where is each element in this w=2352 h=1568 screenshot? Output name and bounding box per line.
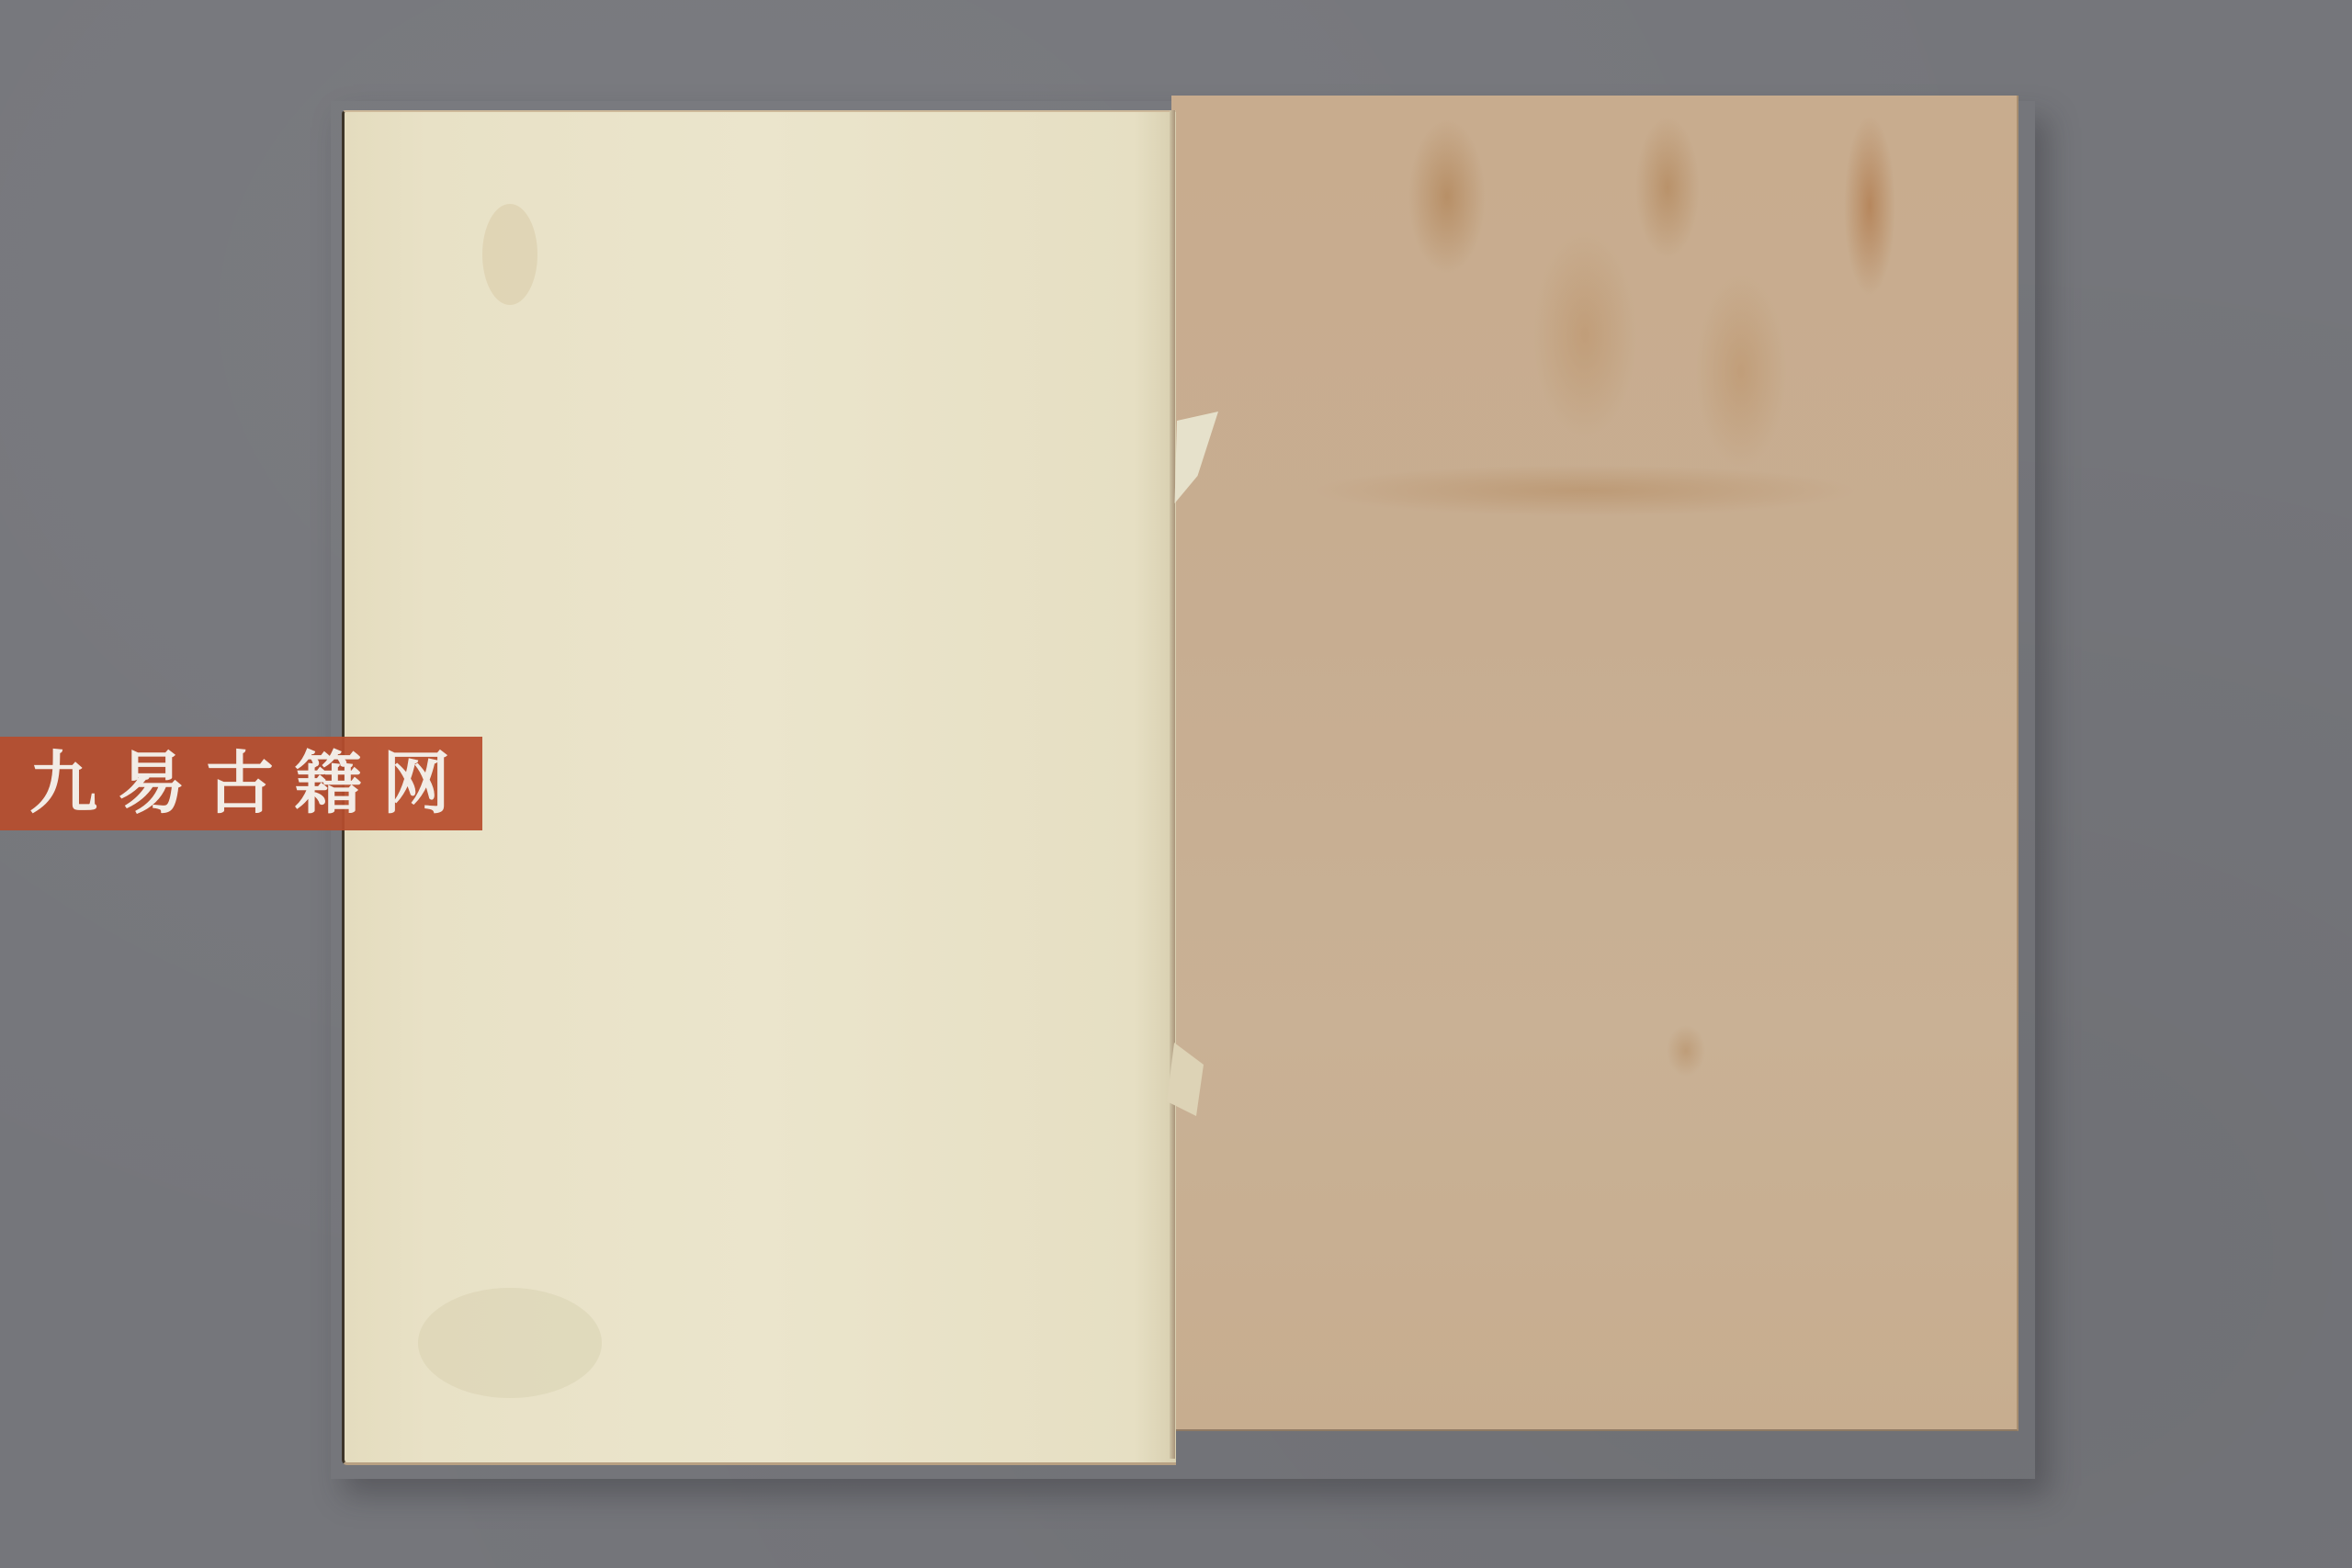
book-spine-gutter <box>1170 110 1175 1459</box>
watermark-text: 九易古籍网 <box>29 750 470 818</box>
page-stain <box>482 204 537 305</box>
site-watermark-banner: 九易古籍网 <box>0 737 482 830</box>
page-stain <box>418 1288 602 1398</box>
right-page-cover <box>1171 96 2018 1431</box>
